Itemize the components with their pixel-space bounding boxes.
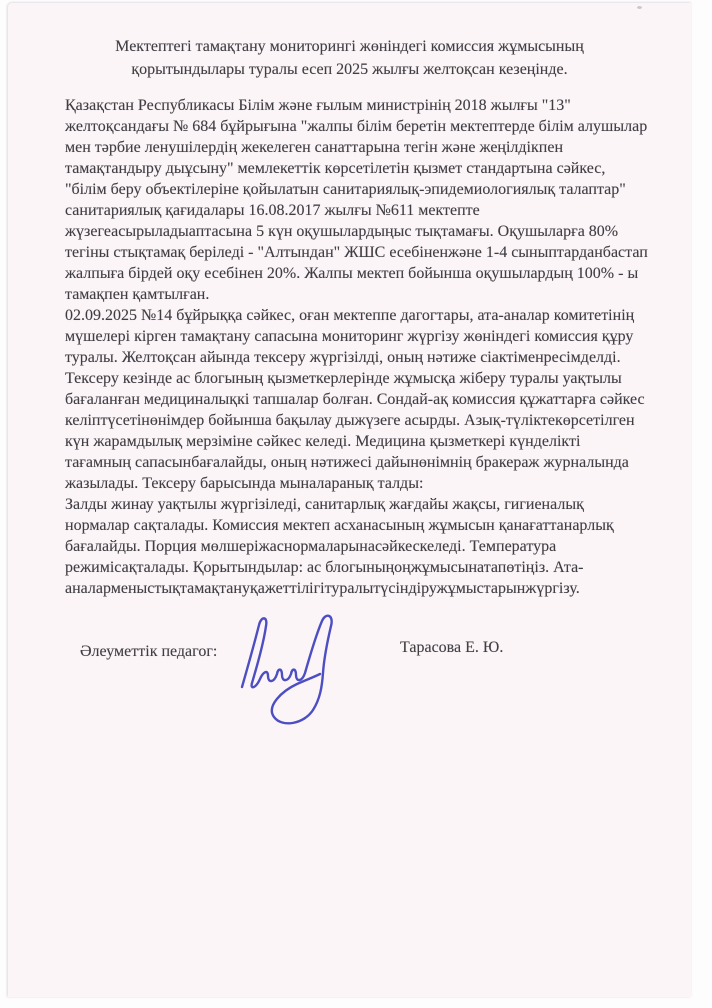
document-text-line: Тексеру кезінде ас блогының қызметкерлер…	[65, 368, 670, 389]
document-text-line: санитариялық қағидалары 16.08.2017 жылғы…	[65, 200, 670, 221]
signatory-role-label: Әлеуметтік педагог:	[80, 643, 217, 661]
document-text-line: мүшелері кірген тамақтану сапасына монит…	[65, 326, 670, 347]
document-text-line: тамақпен қамтылған.	[65, 284, 670, 305]
document-text-line: жазылады. Тексеру барысында мыналаранық …	[65, 473, 670, 494]
document-text-line: күн жарамдылық мерзіміне сәйкес келеді. …	[65, 431, 670, 452]
document-text-line: бағаланған медициналықкі тапшалар болған…	[65, 389, 670, 410]
title-line: қорытындылары туралы есеп 2025 жылғы жел…	[28, 58, 671, 81]
document-text-line: жүзегеасырыладыаптасына 5 күн оқушыларды…	[65, 221, 670, 242]
document-text-line: мен тәрбие ленушілердің жекелеген санатт…	[65, 137, 670, 158]
signature-image	[230, 611, 360, 729]
title-line: Мектептегі тамақтану мониторингі жөнінде…	[28, 35, 671, 58]
document-text-line: режимісақталады. Қорытындылар: ас блогын…	[65, 557, 670, 578]
document-text-line: тағамның сапасынбағалайды, оның нәтижесі…	[65, 452, 670, 473]
scan-speck	[637, 6, 642, 9]
document-body: Қазақстан Республикасы Білім және ғылым …	[65, 95, 670, 599]
document-text-line: келіптүсетінөнімдер бойынша бақылау дыжү…	[65, 410, 670, 431]
document-text-line: 02.09.2025 №14 бұйрыққа сәйкес, оған мек…	[65, 305, 670, 326]
document-text-line: тамақтандыру дыұсыну" мемлекеттік көрсет…	[65, 158, 670, 179]
document-title: Мектептегі тамақтану мониторингі жөнінде…	[28, 35, 671, 81]
document-text-line: бағалайды. Порция мөлшеріжаснормаларынас…	[65, 536, 670, 557]
scanner-background: Мектептегі тамақтану мониторингі жөнінде…	[0, 0, 712, 1008]
signee-name: Тарасова Е. Ю.	[400, 639, 503, 657]
document-text-line: аналарменыстықтамақтануқажеттілігітуралы…	[65, 578, 670, 599]
document-text-line: туралы. Желтоқсан айында тексеру жүргізі…	[65, 347, 670, 368]
document-text-line: нормалар сақталады. Комиссия мектеп асха…	[65, 515, 670, 536]
document-text-line: Қазақстан Республикасы Білім және ғылым …	[65, 95, 670, 116]
document-page: Мектептегі тамақтану мониторингі жөнінде…	[8, 3, 691, 997]
document-text-line: тегіны стықтамақ беріледі - "Алтындан" Ж…	[65, 242, 670, 263]
document-text-line: жалпыға бірдей оқу есебінен 20%. Жалпы м…	[65, 263, 670, 284]
document-text-line: желтоқсандағы № 684 бұйрығына "жалпы біл…	[65, 116, 670, 137]
document-text-line: Залды жинау уақтылы жүргізіледі, санитар…	[65, 494, 670, 515]
document-text-line: "білім беру объектілеріне қойылатын сани…	[65, 179, 670, 200]
